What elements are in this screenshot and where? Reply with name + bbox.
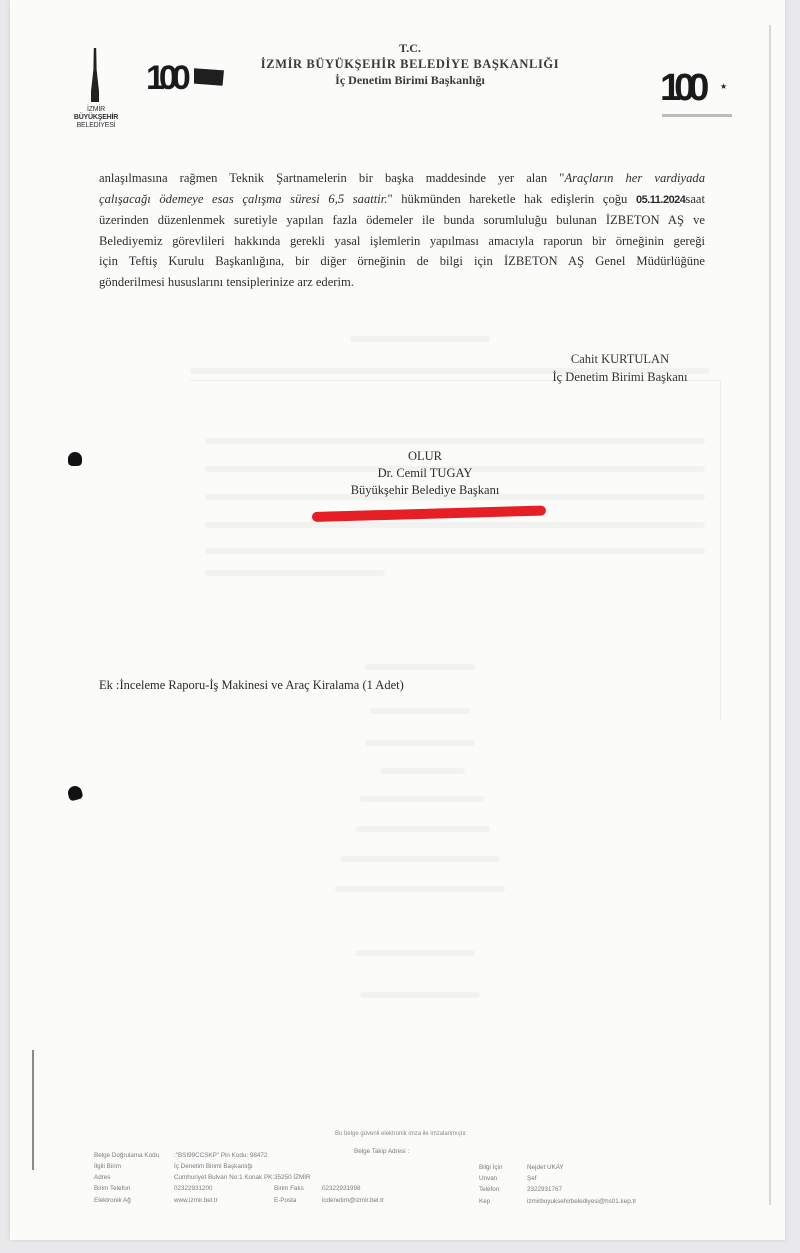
approval-label: OLUR [300,448,550,465]
centennial-logo-left: 100 [146,58,226,118]
signatory-name: Cahit KURTULAN [530,350,710,368]
e-signature-note: Bu belge güvenli elektronik imza ile imz… [335,1131,467,1137]
body-line: Belediyemiz görevlileri hakkında gerekli… [99,231,705,252]
approval-block: OLUR Dr. Cemil TUGAY Büyükşehir Belediye… [300,448,550,499]
star-icon: ★ [720,82,727,91]
logo-text: BÜYÜKŞEHİR [66,114,126,122]
signature-block-internal-audit: Cahit KURTULAN İç Denetim Birimi Başkanı [530,350,710,386]
punch-hole [68,452,82,466]
web-link[interactable]: www.izmir.bel.tr [174,1197,218,1204]
header-unit: İç Denetim Birimi Başkanlığı [230,72,590,88]
document-page: İZMİR BÜYÜKŞEHİR BELEDİYESİ 100 T.C. İZM… [10,0,785,1240]
body-line: üzerinden düzenlenmek suretiyle yapılan … [99,210,705,231]
centennial-logo-right: 100 ★ [660,68,750,128]
signatory-title: İç Denetim Birimi Başkanı [530,368,710,386]
letterhead: T.C. İZMİR BÜYÜKŞEHİR BELEDİYE BAŞKANLIĞ… [230,40,590,88]
header-organization: İZMİR BÜYÜKŞEHİR BELEDİYE BAŞKANLIĞI [230,56,590,72]
punch-hole [66,784,83,801]
footer-tracking: Belge Takip Adresi : [354,1146,409,1157]
footer-contact-title: UnvanŞef [479,1173,536,1184]
body-line: anlaşılmasına rağmen Teknik Şartnameleri… [99,168,705,189]
izmir-municipality-logo: İZMİR BÜYÜKŞEHİR BELEDİYESİ [66,48,126,138]
date-stamp: 05.11.2024 [636,194,685,206]
logo-text: İZMİR [66,106,126,114]
body-line: için Teftiş Kurulu Başkanlığına, bir diğ… [99,251,705,272]
approver-title: Büyükşehir Belediye Başkanı [300,482,550,499]
footer-info-contact: Bilgi İçinNejdet UKAY [479,1162,564,1173]
body-line: gönderilmesi hususlarını tensiplerinize … [99,272,705,293]
footer-email: E-Postaicdenetim@izmir.bel.tr [274,1195,384,1206]
logo-text: BELEDİYESİ [66,122,126,130]
footer-contact-phone: Telefon2322931767 [479,1184,562,1195]
footer-kep: Kepizmirbuyuksehirbelediyesi@hs01.kep.tr [479,1196,636,1207]
page-edge [769,25,771,1205]
letter-body: anlaşılmasına rağmen Teknik Şartnameleri… [99,168,705,292]
email-link[interactable]: icdenetim@izmir.bel.tr [322,1197,384,1204]
header-tc: T.C. [230,40,590,56]
flag-icon [194,66,224,88]
footer-phone: Birim Telefon02322931200 [94,1183,213,1194]
footer-verification: Belge Doğrulama Kodu:"BSI99CCSKP" Pin Ko… [94,1150,267,1161]
body-line: çalışacağı ödemeye esas çalışma süresi 6… [99,189,705,211]
page-edge [32,1050,34,1170]
footer-address: AdresCumhuriyet Bulvarı No:1 Konak PK:35… [94,1172,311,1183]
clock-tower-icon [91,48,99,102]
footer-unit: İlgili Birimİç Denetim Birimi Başkanlığı [94,1161,253,1172]
attachment-note: Ek :İnceleme Raporu-İş Makinesi ve Araç … [99,678,404,693]
footer-fax: Birim Faks02322931998 [274,1183,361,1194]
approver-name: Dr. Cemil TUGAY [300,465,550,482]
footer-web: Elektronik Ağwww.izmir.bel.tr [94,1195,218,1206]
